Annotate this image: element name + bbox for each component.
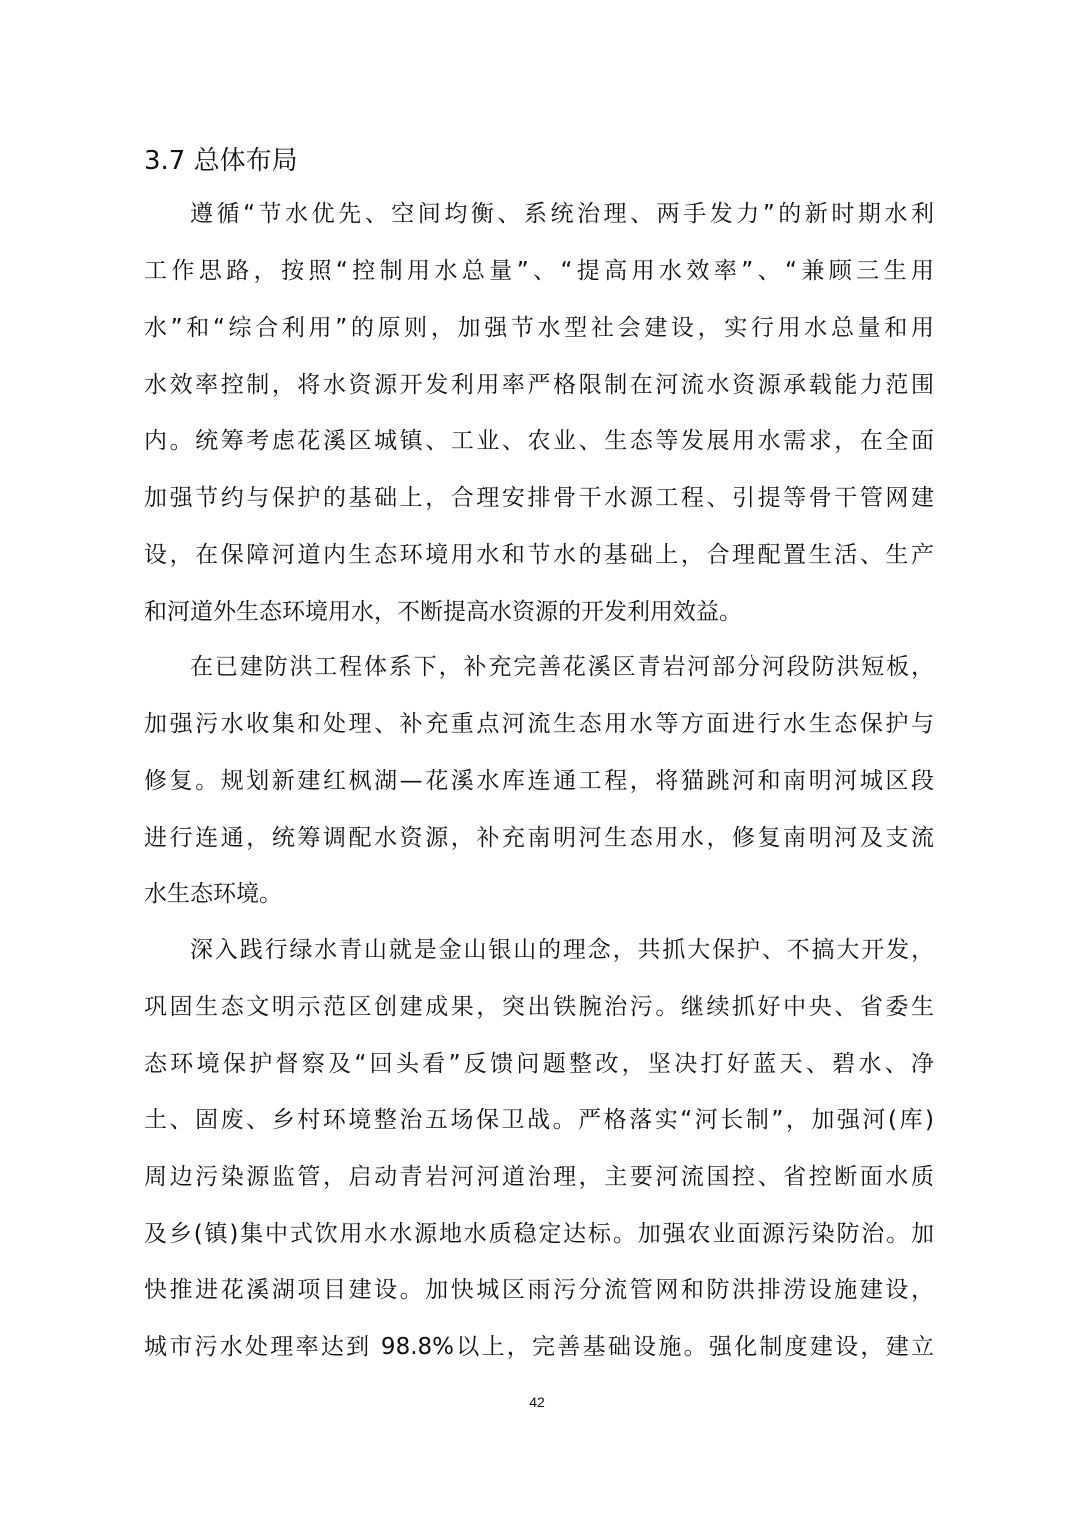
page-number: 42 — [0, 1393, 1074, 1411]
paragraph-2-line: 进行连通，统筹调配水资源，补充南明河生态用水，修复南明河及支流 — [144, 823, 934, 853]
paragraph-3-line: 及乡(镇)集中式饮用水水源地水质稳定达标。加强农业面源污染防治。加 — [144, 1219, 934, 1249]
paragraph-3-line: 深入践行绿水青山就是金山银山的理念，共抓大保护、不搞大开发， — [190, 935, 934, 965]
paragraph-3-line: 态环境保护督察及“回头看”反馈问题整改，坚决打好蓝天、碧水、净 — [144, 1049, 934, 1079]
paragraph-1-line: 水”和“综合利用”的原则，加强节水型社会建设，实行用水总量和用 — [144, 313, 934, 343]
paragraph-2-line: 在已建防洪工程体系下，补充完善花溪区青岩河部分河段防洪短板， — [190, 652, 934, 682]
paragraph-1-line: 水效率控制，将水资源开发利用率严格限制在河流水资源承载能力范围 — [144, 370, 934, 400]
paragraph-2-line: 水生态环境。 — [144, 879, 934, 909]
paragraph-1-line: 设，在保障河道内生态环境用水和节水的基础上，合理配置生活、生产 — [144, 540, 934, 570]
paragraph-1-line: 和河道外生态环境用水，不断提高水资源的开发利用效益。 — [144, 597, 934, 627]
paragraph-3-line: 周边污染源监管，启动青岩河河道治理，主要河流国控、省控断面水质 — [144, 1162, 934, 1192]
section-heading: 3.7 总体布局 — [144, 141, 298, 181]
paragraph-1-line: 遵循“节水优先、空间均衡、系统治理、两手发力”的新时期水利 — [190, 199, 934, 229]
paragraph-2-line: 加强污水收集和处理、补充重点河流生态用水等方面进行水生态保护与 — [144, 709, 934, 739]
document-page: 3.7 总体布局 遵循“节水优先、空间均衡、系统治理、两手发力”的新时期水利 工… — [0, 0, 1074, 1520]
paragraph-1-line: 工作思路，按照“控制用水总量”、“提高用水效率”、“兼顾三生用 — [144, 256, 934, 286]
paragraph-3-line: 土、固废、乡村环境整治五场保卫战。严格落实“河长制”，加强河(库) — [144, 1105, 934, 1135]
paragraph-3-line: 城市污水处理率达到 98.8%以上，完善基础设施。强化制度建设，建立 — [144, 1332, 934, 1362]
paragraph-2-line: 修复。规划新建红枫湖—花溪水库连通工程，将猫跳河和南明河城区段 — [144, 766, 934, 796]
paragraph-3-line: 巩固生态文明示范区创建成果，突出铁腕治污。继续抓好中央、省委生 — [144, 992, 934, 1022]
paragraph-1-line: 内。统筹考虑花溪区城镇、工业、农业、生态等发展用水需求，在全面 — [144, 426, 934, 456]
paragraph-1-line: 加强节约与保护的基础上，合理安排骨干水源工程、引提等骨干管网建 — [144, 483, 934, 513]
paragraph-3-line: 快推进花溪湖项目建设。加快城区雨污分流管网和防洪排涝设施建设， — [144, 1275, 934, 1305]
